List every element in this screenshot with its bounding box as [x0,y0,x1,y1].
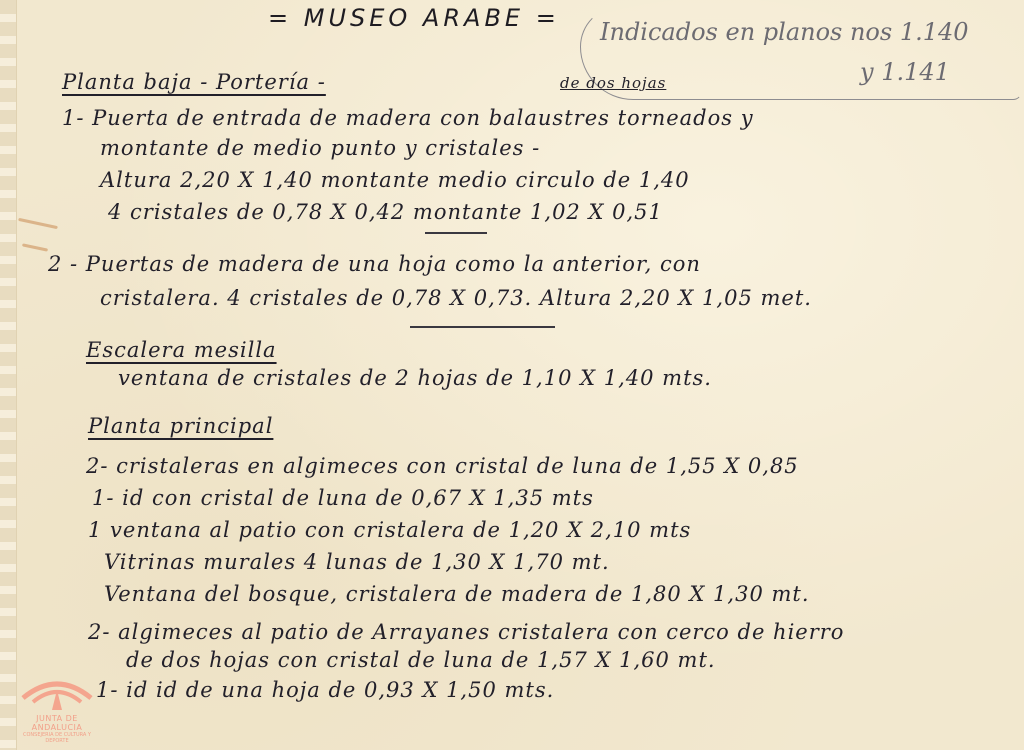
text-line: 1- id id de una hoja de 0,93 X 1,50 mts. [96,678,554,702]
divider-rule [425,232,487,234]
section-heading-escalera: Escalera mesilla [86,338,277,362]
section-heading-planta-baja: Planta baja - Portería - [62,70,326,94]
text-line: 1 ventana al patio con cristalera de 1,2… [88,518,691,542]
text-line: 4 cristales de 0,78 X 0,42 montante 1,02… [108,200,663,224]
divider-rule [410,326,555,328]
text-line: 1- id con cristal de luna de 0,67 X 1,35… [92,486,594,510]
junta-andalucia-watermark: JUNTA DE ANDALUCIA CONSEJERIA DE CULTURA… [14,676,100,736]
section-heading-planta-principal: Planta principal [88,414,273,438]
pencil-note-line2: y 1.141 [860,58,950,86]
text-line: de dos hojas con cristal de luna de 1,57… [126,648,716,672]
pencil-note-line1: Indicados en planos nos 1.140 [600,18,969,46]
document-title: = MUSEO ARABE = [268,4,560,32]
text-line: Altura 2,20 X 1,40 montante medio circul… [100,168,690,192]
text-line: ventana de cristales de 2 hojas de 1,10 … [118,366,712,390]
text-line: Vitrinas murales 4 lunas de 1,30 X 1,70 … [104,550,610,574]
text-line: montante de medio punto y cristales - [100,136,540,160]
watermark-name: JUNTA DE ANDALUCIA [14,714,100,732]
text-line: Ventana del bosque, cristalera de madera… [104,582,810,606]
text-line: 1- Puerta de entrada de madera con balau… [62,106,754,130]
text-line: cristalera. 4 cristales de 0,78 X 0,73. … [100,286,812,310]
text-line: 2- algimeces al patio de Arrayanes crist… [88,620,844,644]
text-line: 2- cristaleras en algimeces con cristal … [86,454,799,478]
insertion-note: de dos hojas [560,74,666,92]
perforated-edge [0,0,17,750]
junta-arch-icon [19,676,95,712]
watermark-subtitle: CONSEJERIA DE CULTURA Y DEPORTE [14,732,100,744]
text-line: 2 - Puertas de madera de una hoja como l… [48,252,701,276]
